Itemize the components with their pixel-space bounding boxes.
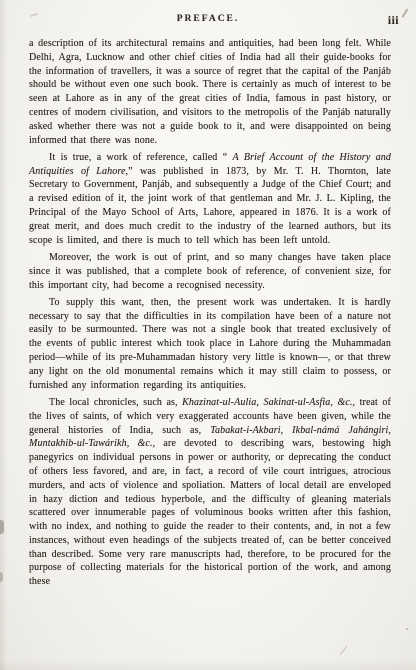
text-run: ” was published in 1873, by Mr. T. H. Th… — [29, 166, 391, 246]
text-run: The local chronicles, such as, — [49, 397, 182, 408]
paragraph: To supply this want, then, the present w… — [29, 296, 391, 393]
text-run: To supply this want, then, the present w… — [29, 297, 391, 391]
page-title: PREFACE. — [0, 14, 416, 24]
text-run: a description of its architectural remai… — [29, 38, 391, 146]
scan-artifact — [340, 646, 348, 655]
text-run: Moreover, the work is out of print, and … — [29, 252, 391, 291]
text-run: It is true, a work of reference, called … — [49, 152, 233, 163]
book-title-italic: Khazinat-ul-Aulia, Sakinat-ul-Asfia, &c.… — [182, 397, 355, 408]
paragraph: It is true, a work of reference, called … — [29, 151, 391, 248]
scan-edge-shadow — [0, 660, 416, 670]
paragraph: Moreover, the work is out of print, and … — [29, 251, 391, 292]
page-number: iii — [388, 15, 399, 27]
text-run: are devoted to describing wars, bestowin… — [29, 438, 391, 587]
page-header: PREFACE. iii — [0, 14, 416, 32]
page-body: a description of its architectural remai… — [29, 37, 391, 593]
paragraph: a description of its architectural remai… — [29, 37, 391, 147]
book-page: PREFACE. iii a description of its archit… — [0, 0, 416, 670]
scan-artifact — [406, 628, 408, 630]
scan-edge-shadow — [0, 0, 7, 670]
paragraph: The local chronicles, such as, Khazinat-… — [29, 396, 391, 589]
